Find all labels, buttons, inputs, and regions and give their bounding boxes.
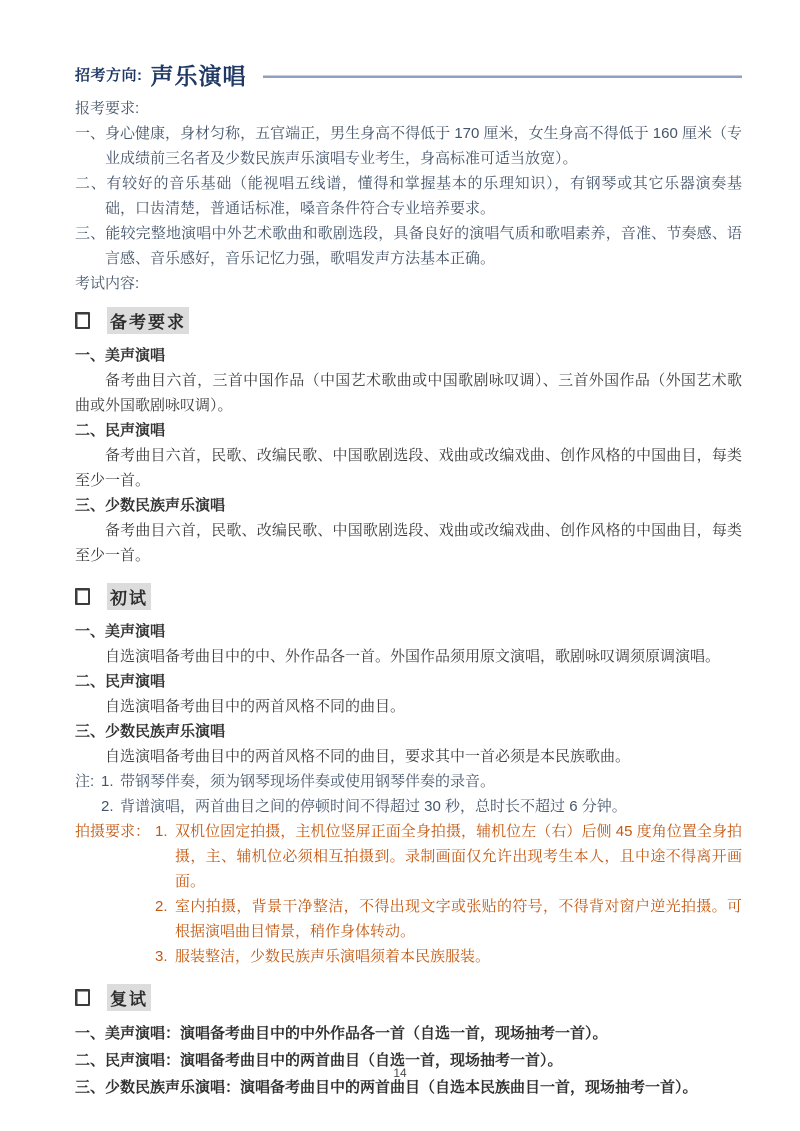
page-number: 14 xyxy=(0,1066,800,1080)
shooting-items: 1. 双机位固定拍摄，主机位竖屏正面全身拍摄，辅机位左（右）后侧 45 度角位置… xyxy=(155,819,742,969)
shooting-requirements: 拍摄要求： 1. 双机位固定拍摄，主机位竖屏正面全身拍摄，辅机位左（右）后侧 4… xyxy=(75,819,742,969)
section-title: 复试 xyxy=(107,984,151,1011)
shooting-item-text: 室内拍摄，背景干净整洁，不得出现文字或张贴的符号，不得背对窗户逆光拍摄。可根据演… xyxy=(175,894,742,944)
note-item-number: 2. xyxy=(101,794,120,819)
subsection-heading: 二、民声演唱 xyxy=(75,418,742,443)
subsection-heading: 三、少数民族声乐演唱 xyxy=(75,719,742,744)
document-page: 招考方向: 声乐演唱 报考要求: 一、身心健康，身材匀称，五官端正，男生身高不得… xyxy=(0,0,800,1131)
note-item: 1. 带钢琴伴奏，须为钢琴现场伴奏或使用钢琴伴奏的录音。 xyxy=(101,769,742,794)
subsection-heading: 三、少数民族声乐演唱 xyxy=(75,493,742,518)
apply-requirement-item: 三、能较完整地演唱中外艺术歌曲和歌剧选段，具备良好的演唱气质和歌唱素养，音准、节… xyxy=(75,221,742,271)
note-item-text: 背谱演唱，两首曲目之间的停顿时间不得超过 30 秒，总时长不超过 6 分钟。 xyxy=(120,794,742,819)
shooting-item-text: 服装整洁，少数民族声乐演唱须着本民族服装。 xyxy=(175,944,742,969)
shooting-item-text: 双机位固定拍摄，主机位竖屏正面全身拍摄，辅机位左（右）后侧 45 度角位置全身拍… xyxy=(175,819,742,894)
apply-requirements-label: 报考要求: xyxy=(75,96,742,121)
section-heading-first-round: 初试 xyxy=(75,582,742,610)
shooting-item: 2. 室内拍摄，背景干净整洁，不得出现文字或张贴的符号，不得背对窗户逆光拍摄。可… xyxy=(155,894,742,944)
apply-requirement-item: 一、身心健康，身材匀称，五官端正，男生身高不得低于 170 厘米，女生身高不得低… xyxy=(75,121,742,171)
section-heading-second-round: 复试 xyxy=(75,983,742,1011)
subsection-heading: 一、美声演唱 xyxy=(75,343,742,368)
apply-requirement-item: 二、有较好的音乐基础（能视唱五线谱，懂得和掌握基本的乐理知识），有钢琴或其它乐器… xyxy=(75,171,742,221)
section-title: 初试 xyxy=(107,583,151,610)
section-title: 备考要求 xyxy=(107,307,189,334)
exam-content-label: 考试内容: xyxy=(75,271,742,296)
subsection-body: 自选演唱备考曲目中的两首风格不同的曲目，要求其中一首必须是本民族歌曲。 xyxy=(75,744,742,769)
note-label: 注: xyxy=(75,769,101,819)
section-heading-preparation: 备考要求 xyxy=(75,306,742,334)
note-item: 2. 背谱演唱，两首曲目之间的停顿时间不得超过 30 秒，总时长不超过 6 分钟… xyxy=(101,794,742,819)
page-content: 招考方向: 声乐演唱 报考要求: 一、身心健康，身材匀称，五官端正，男生身高不得… xyxy=(75,58,742,1101)
retest-item: 一、美声演唱：演唱备考曲目中的中外作品各一首（自选一首，现场抽考一首）。 xyxy=(75,1020,742,1047)
subsection-body: 备考曲目六首，民歌、改编民歌、中国歌剧选段、戏曲或改编戏曲、创作风格的中国曲目，… xyxy=(75,443,742,493)
note-items: 1. 带钢琴伴奏，须为钢琴现场伴奏或使用钢琴伴奏的录音。 2. 背谱演唱，两首曲… xyxy=(101,769,742,819)
subsection-body: 备考曲目六首，三首中国作品（中国艺术歌曲或中国歌剧咏叹调）、三首外国作品（外国艺… xyxy=(75,368,742,418)
subsection-body: 备考曲目六首，民歌、改编民歌、中国歌剧选段、戏曲或改编戏曲、创作风格的中国曲目，… xyxy=(75,518,742,568)
note-item-number: 1. xyxy=(101,769,120,794)
subsection-body: 自选演唱备考曲目中的两首风格不同的曲目。 xyxy=(75,694,742,719)
shooting-item-number: 2. xyxy=(155,894,175,944)
subsection-heading: 一、美声演唱 xyxy=(75,619,742,644)
page-header: 招考方向: 声乐演唱 xyxy=(75,58,742,90)
note-item-text: 带钢琴伴奏，须为钢琴现场伴奏或使用钢琴伴奏的录音。 xyxy=(120,769,742,794)
square-bullet-icon xyxy=(75,312,90,329)
shooting-item-number: 3. xyxy=(155,944,175,969)
shooting-item: 1. 双机位固定拍摄，主机位竖屏正面全身拍摄，辅机位左（右）后侧 45 度角位置… xyxy=(155,819,742,894)
page-title: 声乐演唱 xyxy=(151,58,247,91)
note-block: 注: 1. 带钢琴伴奏，须为钢琴现场伴奏或使用钢琴伴奏的录音。 2. 背谱演唱，… xyxy=(75,769,742,819)
square-bullet-icon xyxy=(75,989,90,1006)
shooting-item: 3. 服装整洁，少数民族声乐演唱须着本民族服装。 xyxy=(155,944,742,969)
shooting-label: 拍摄要求： xyxy=(75,819,155,969)
square-bullet-icon xyxy=(75,588,90,605)
subsection-heading: 二、民声演唱 xyxy=(75,669,742,694)
direction-label: 招考方向: xyxy=(75,64,143,85)
shooting-item-number: 1. xyxy=(155,819,175,894)
header-rule xyxy=(263,75,743,78)
subsection-body: 自选演唱备考曲目中的中、外作品各一首。外国作品须用原文演唱，歌剧咏叹调须原调演唱… xyxy=(75,644,742,669)
